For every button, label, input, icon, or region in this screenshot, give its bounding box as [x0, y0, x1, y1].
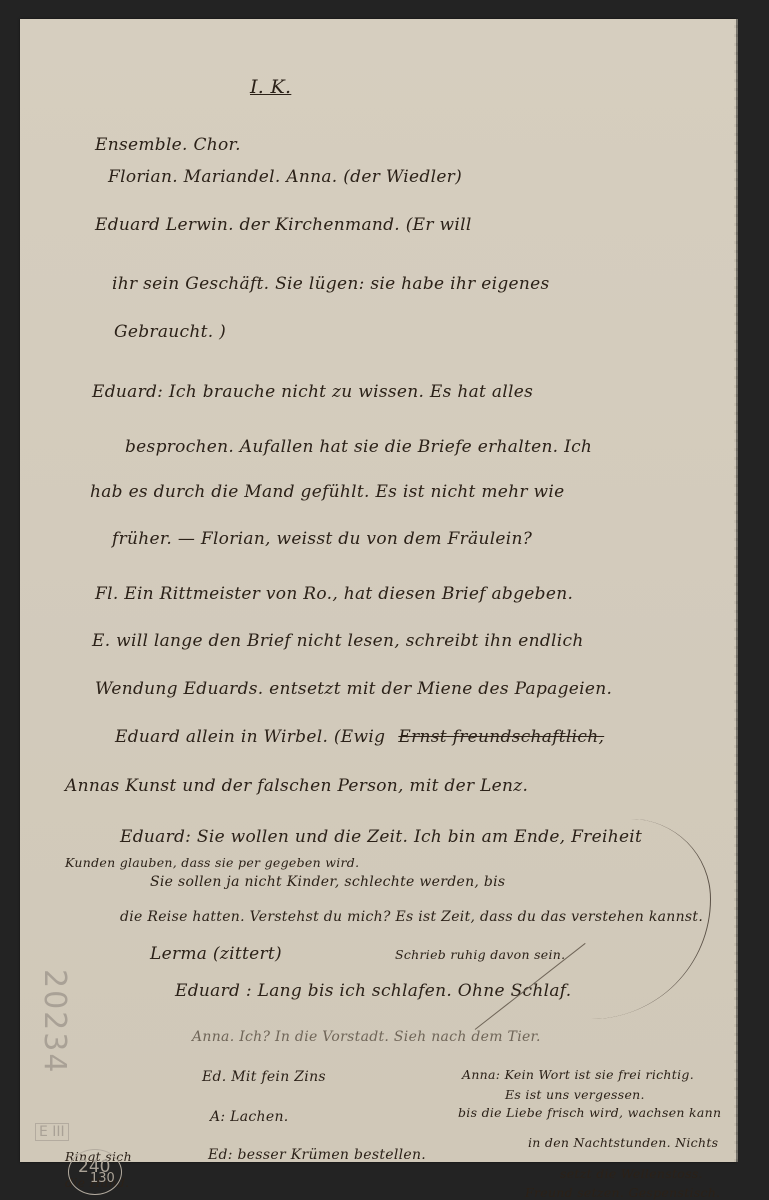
page-heading: I. K. — [250, 76, 291, 98]
line-15: Eduard: Sie wollen und die Zeit. Ich bin… — [120, 827, 642, 847]
line-13-text: Eduard allein in Wirbel. (Ewig — [115, 727, 385, 747]
line-21: Eduard : Lang bis ich schlafen. Ohne Sch… — [175, 981, 572, 1001]
line-25: Es ist uns vergessen. — [505, 1087, 645, 1102]
line-9: früher. — Florian, weisst du von dem Frä… — [112, 529, 532, 549]
line-16: Kunden glauben, dass sie per gegeben wir… — [65, 855, 359, 870]
line-30: setzt die Wellenstoss. — [560, 1166, 703, 1181]
line-characters: Florian. Mariandel. Anna. (der Wiedler) — [108, 167, 462, 187]
line-ensemble: Ensemble. Chor. — [95, 135, 241, 155]
line-26: bis die Liebe frisch wird, wachsen kann — [458, 1105, 721, 1120]
line-11: E. will lange den Brief nicht lesen, sch… — [92, 631, 584, 651]
line-4: ihr sein Geschäft. Sie lügen: sie habe i… — [112, 274, 550, 294]
line-13-struck: Ernst freundschaftlich, — [398, 727, 604, 747]
line-3: Eduard Lerwin. der Kirchenmand. (Er will — [95, 215, 472, 235]
line-6: Eduard: Ich brauche nicht zu wissen. Es … — [92, 382, 533, 402]
line-20: Schrieb ruhig davon sein. — [395, 947, 565, 962]
line-27: A: Lachen. — [210, 1109, 289, 1125]
line-22: Anna. Ich? In die Vorstadt. Sieh nach de… — [192, 1029, 541, 1045]
line-19: Lerma (zittert) — [150, 944, 282, 964]
page-number: 130 — [90, 1171, 115, 1186]
line-23: Ed. Mit fein Zins — [202, 1069, 326, 1085]
line-14: Annas Kunst und der falschen Person, mit… — [65, 776, 528, 796]
line-31: Freund setzen. Gespenstisch. — [525, 1185, 720, 1200]
line-28: in den Nachtstunden. Nichts — [528, 1135, 718, 1150]
line-8: hab es durch die Mand gefühlt. Es ist ni… — [90, 482, 565, 502]
inventory-number: 20234 — [37, 969, 72, 1074]
line-5: Gebraucht. ) — [114, 322, 226, 342]
manuscript-page: I. K. Ensemble. Chor. Florian. Mariandel… — [20, 19, 736, 1162]
line-24: Anna: Kein Wort ist sie frei richtig. — [462, 1067, 694, 1082]
shelf-mark: E III — [35, 1123, 69, 1141]
margin-bracket-stroke — [580, 819, 711, 1019]
line-12: Wendung Eduards. entsetzt mit der Miene … — [95, 679, 612, 699]
line-10: Fl. Ein Rittmeister von Ro., hat diesen … — [95, 584, 573, 604]
line-7: besprochen. Aufallen hat sie die Briefe … — [125, 437, 592, 457]
line-13: Eduard allein in Wirbel. (Ewig Ernst fre… — [115, 727, 604, 747]
line-17: Sie sollen ja nicht Kinder, schlechte we… — [150, 874, 505, 890]
line-29: Ed: besser Krümen bestellen. — [208, 1147, 426, 1163]
